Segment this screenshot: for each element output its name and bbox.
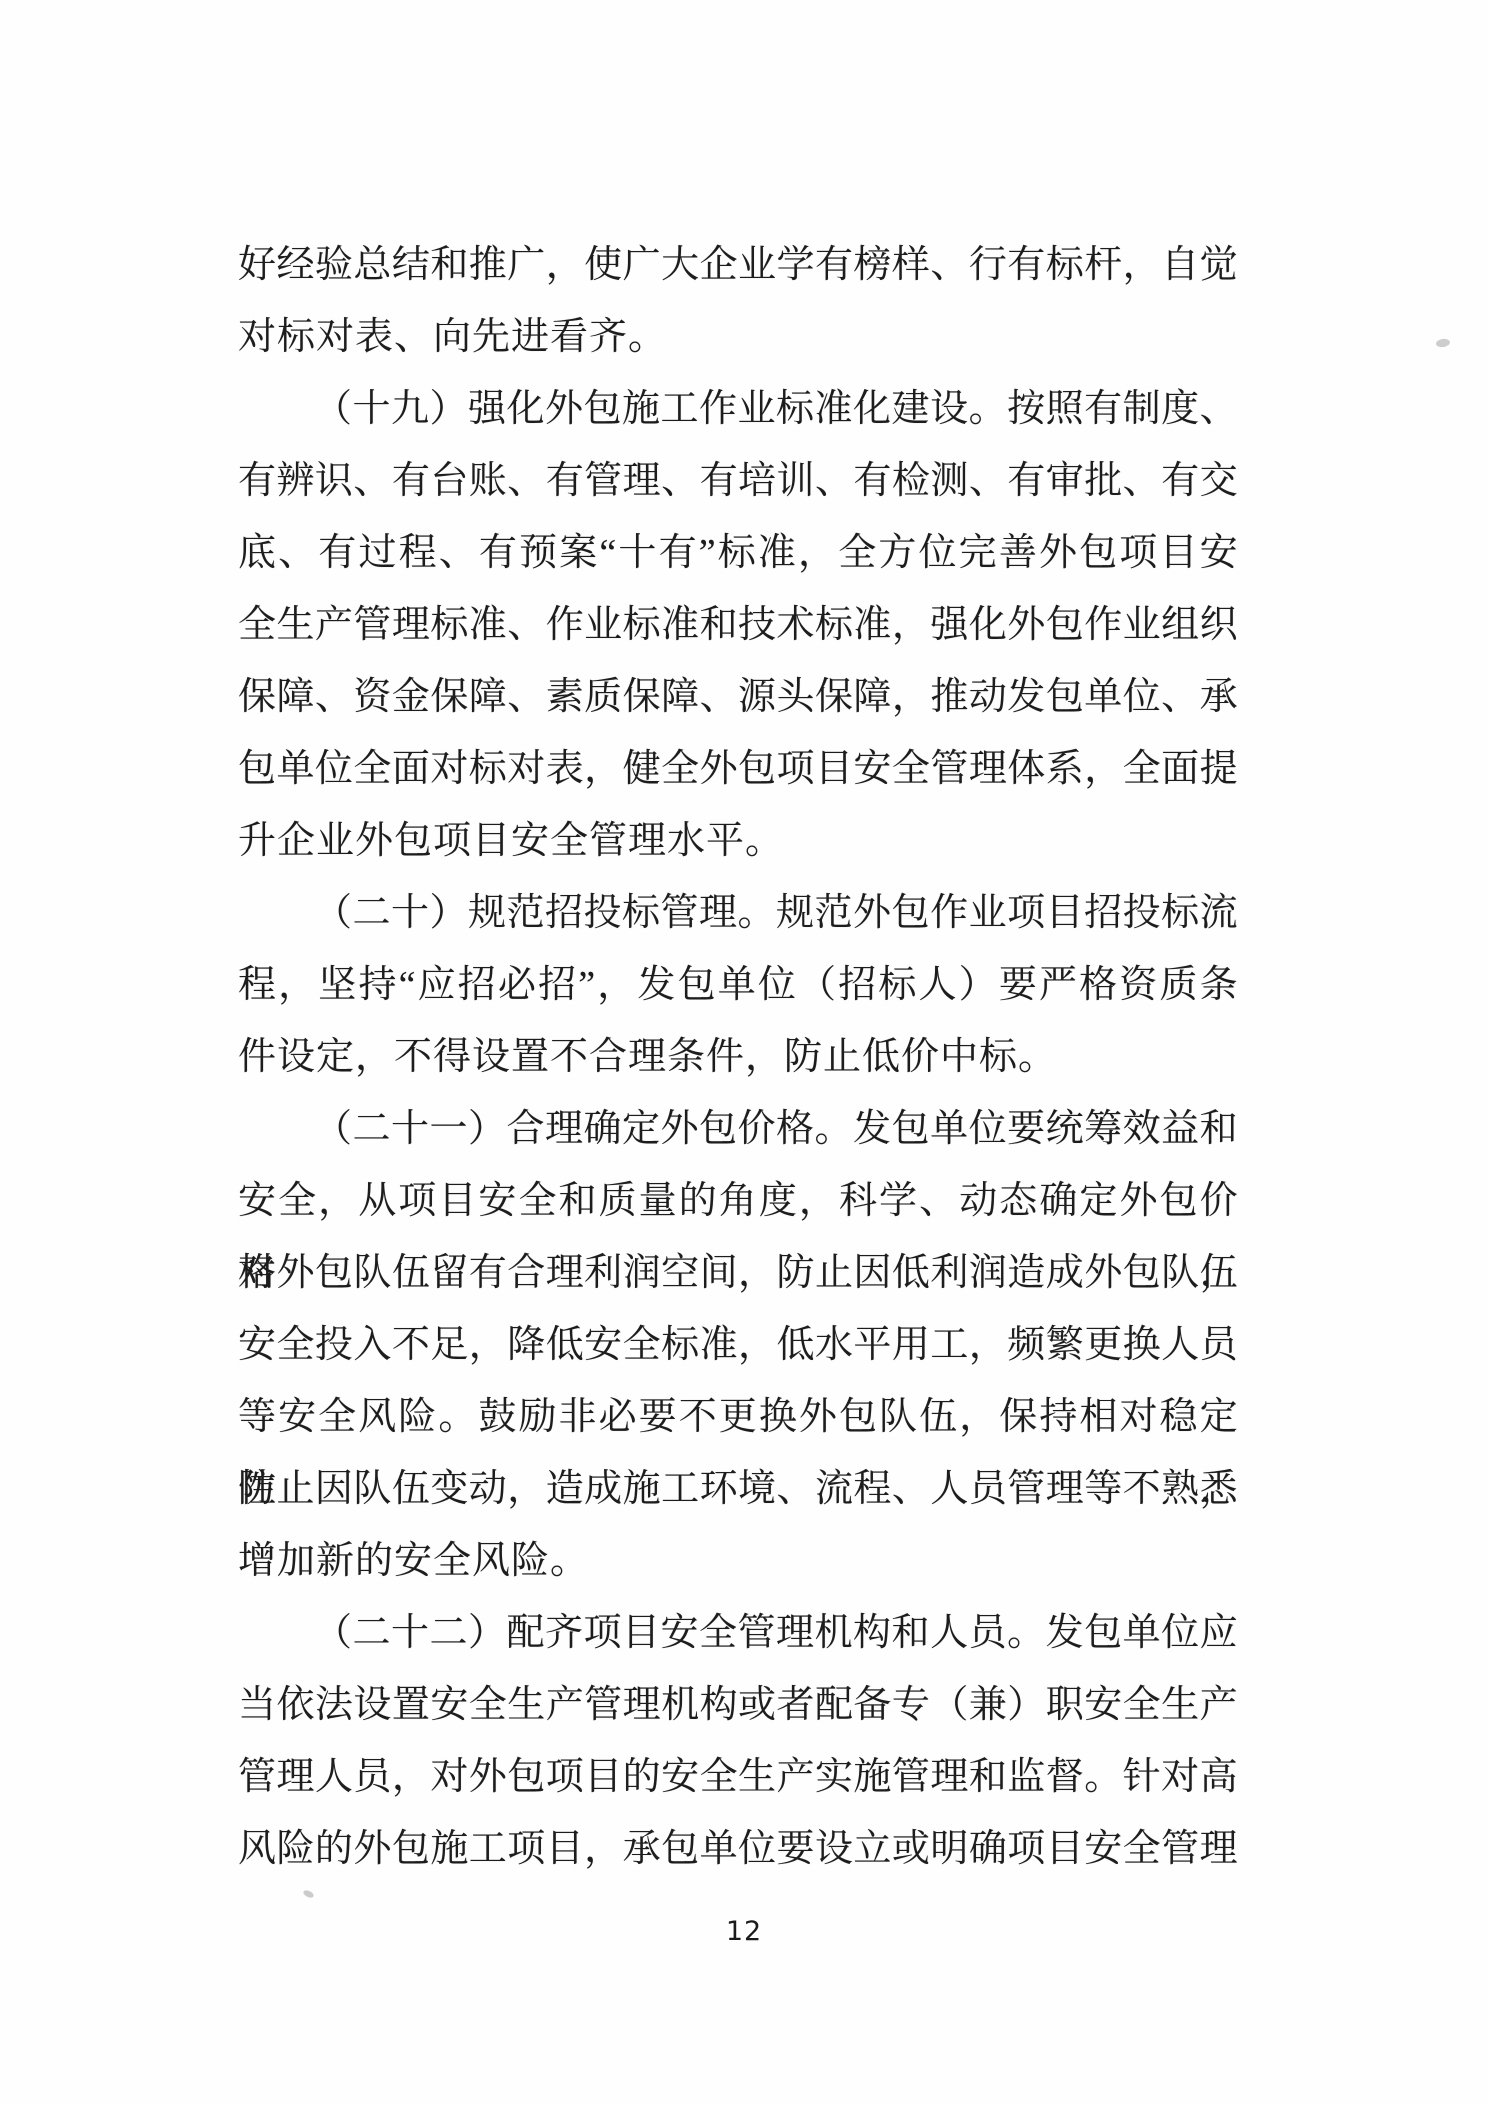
text-line: 对标对表、向先进看齐。 [238, 301, 1238, 373]
text-line: 件设定，不得设置不合理条件，防止低价中标。 [238, 1021, 1238, 1093]
text-line: 当依法设置安全生产管理机构或者配备专（兼）职安全生产 [238, 1669, 1238, 1741]
page-number: 12 [0, 1916, 1488, 1947]
text-line: （二十一）合理确定外包价格。发包单位要统筹效益和 [238, 1093, 1238, 1165]
text-line: 管理人员，对外包项目的安全生产实施管理和监督。针对高 [238, 1741, 1238, 1813]
text-line: 安全投入不足，降低安全标准，低水平用工，频繁更换人员 [238, 1309, 1238, 1381]
text-line: 保障、资金保障、素质保障、源头保障，推动发包单位、承 [238, 661, 1238, 733]
text-line: 程，坚持“应招必招”，发包单位（招标人）要严格资质条 [238, 949, 1238, 1021]
text-line: 包单位全面对标对表，健全外包项目安全管理体系，全面提 [238, 733, 1238, 805]
text-line: （二十）规范招投标管理。规范外包作业项目招投标流 [238, 877, 1238, 949]
document-page: 好经验总结和推广，使广大企业学有榜样、行有标杆，自觉对标对表、向先进看齐。（十九… [0, 0, 1488, 2104]
text-line: （十九）强化外包施工作业标准化建设。按照有制度、 [238, 373, 1238, 445]
text-line: 对外包队伍留有合理利润空间，防止因低利润造成外包队伍 [238, 1237, 1238, 1309]
text-line: 有辨识、有台账、有管理、有培训、有检测、有审批、有交 [238, 445, 1238, 517]
text-block: 好经验总结和推广，使广大企业学有榜样、行有标杆，自觉对标对表、向先进看齐。（十九… [238, 229, 1238, 1885]
text-line: 全生产管理标准、作业标准和技术标准，强化外包作业组织 [238, 589, 1238, 661]
scan-artifact [302, 1889, 315, 1899]
text-line: 底、有过程、有预案“十有”标准，全方位完善外包项目安 [238, 517, 1238, 589]
text-line: 安全，从项目安全和质量的角度，科学、动态确定外包价格， [238, 1165, 1238, 1237]
text-line: 风险的外包施工项目，承包单位要设立或明确项目安全管理 [238, 1813, 1238, 1885]
text-line: 升企业外包项目安全管理水平。 [238, 805, 1238, 877]
text-line: 防止因队伍变动，造成施工环境、流程、人员管理等不熟悉 [238, 1453, 1238, 1525]
text-line: 增加新的安全风险。 [238, 1525, 1238, 1597]
text-line: 等安全风险。鼓励非必要不更换外包队伍，保持相对稳定性， [238, 1381, 1238, 1453]
text-line: 好经验总结和推广，使广大企业学有榜样、行有标杆，自觉 [238, 229, 1238, 301]
text-line: （二十二）配齐项目安全管理机构和人员。发包单位应 [238, 1597, 1238, 1669]
scan-artifact [1436, 338, 1451, 348]
